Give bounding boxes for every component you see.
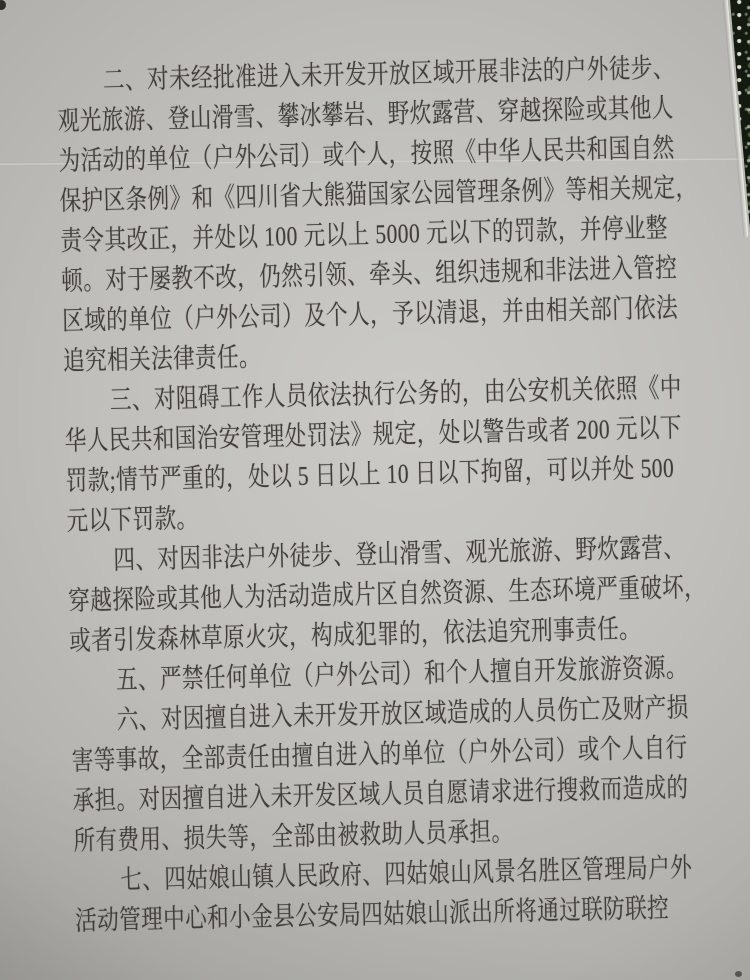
paper-document: 二、对未经批准进入未开发开放区域开展非法的户外徒步、观光旅游、登山滑雪、攀冰攀岩… — [0, 0, 750, 980]
document-photo: 二、对未经批准进入未开发开放区域开展非法的户外徒步、观光旅游、登山滑雪、攀冰攀岩… — [0, 0, 750, 980]
text-line-content: 元以下罚款。 — [66, 498, 199, 541]
text-line-content: 追究相关法律责任。 — [63, 337, 262, 381]
debris-speck-bottom-right — [735, 971, 742, 977]
document-text-block: 二、对未经批准进入未开发开放区域开展非法的户外徒步、观光旅游、登山滑雪、攀冰攀岩… — [56, 47, 715, 941]
paper-edge-highlight — [722, 0, 748, 238]
